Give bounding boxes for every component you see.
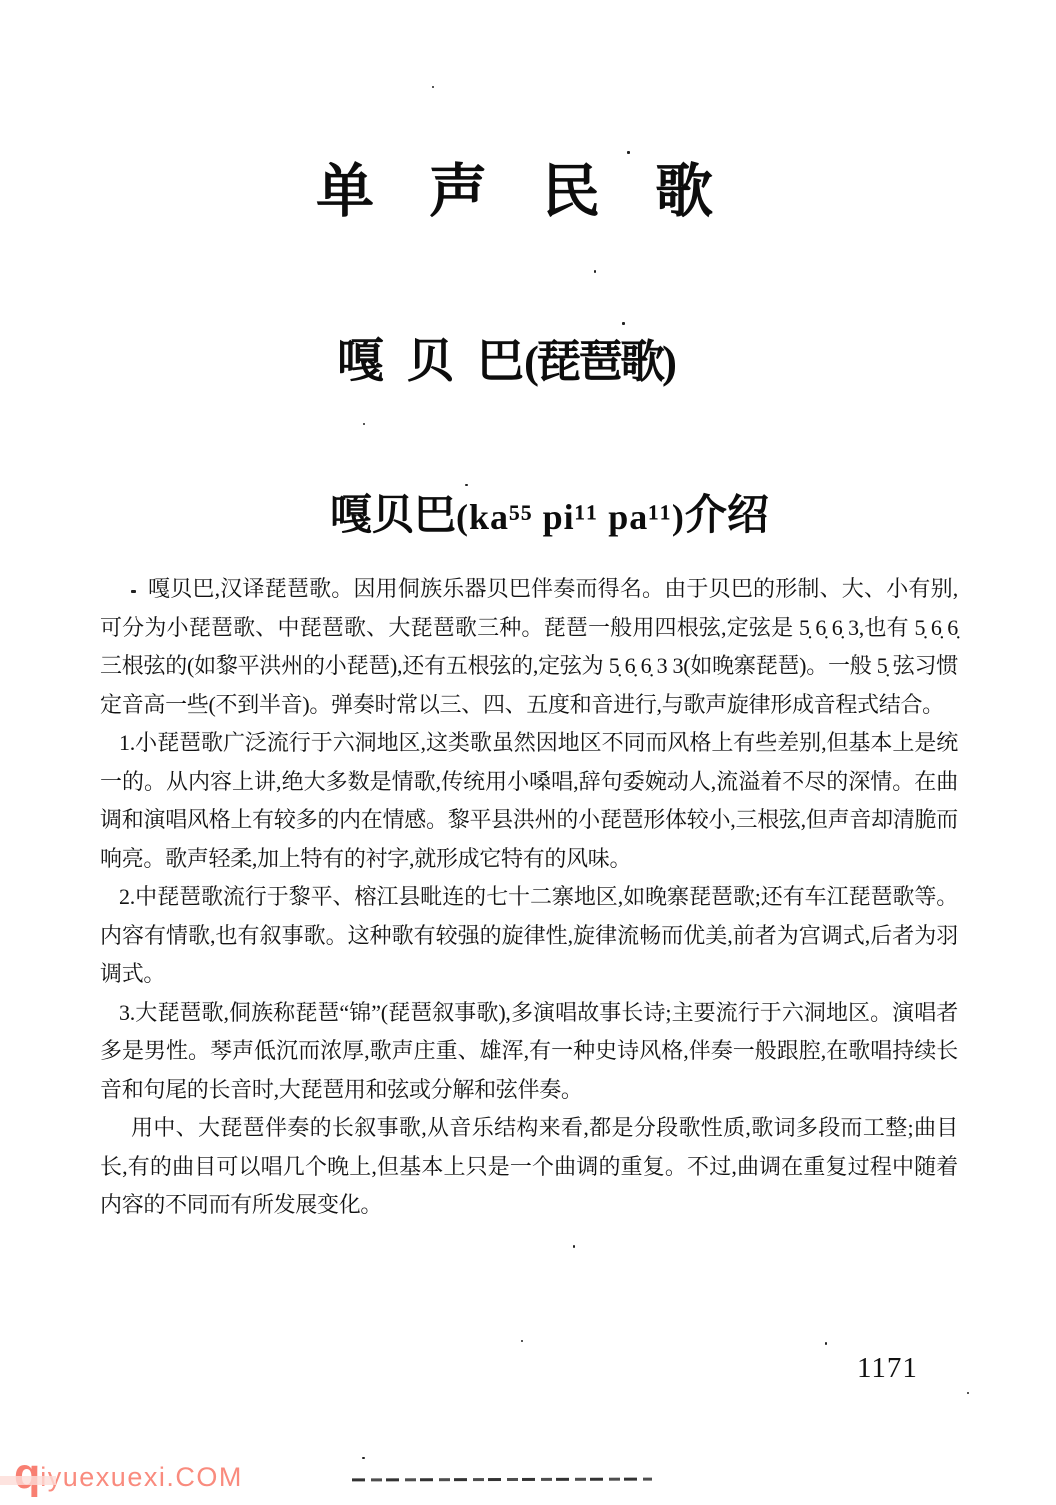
scan-speck [627, 151, 630, 154]
section-heading: 嘎贝巴(ka⁵⁵ pi¹¹ pa¹¹)介绍 [330, 492, 769, 538]
paragraph-item-1: 1.小琵琶歌广泛流行于六洞地区,这类歌虽然因地区不同而风格上有些差别,但基本上是… [100, 724, 958, 878]
scan-speck [825, 1342, 827, 1345]
paragraph-intro: 嘎贝巴,汉译琵琶歌。因用侗族乐器贝巴伴奏而得名。由于贝巴的形制、大、小有别,可分… [100, 570, 958, 724]
scan-speck [432, 86, 434, 88]
paragraph-closing: 用中、大琵琶伴奏的长叙事歌,从音乐结构来看,都是分段歌性质,歌词多段而工整;曲目… [100, 1109, 958, 1225]
watermark-text: iyuexuexi.COM [40, 1462, 243, 1492]
scan-speck [622, 322, 625, 325]
watermark: qiyuexuexi.COM [14, 1453, 243, 1496]
scan-artifact-line [352, 1478, 652, 1482]
section-heading-main: 嘎贝巴 [330, 491, 456, 538]
section-heading-phonetic: (ka⁵⁵ pi¹¹ pa¹¹) [456, 497, 685, 537]
paragraph-item-3: 3.大琵琶歌,侗族称琵琶“锦”(琵琶叙事歌),多演唱故事长诗;主要流行于六洞地区… [100, 994, 958, 1110]
scan-speck [362, 1457, 365, 1459]
scan-speck [363, 423, 365, 425]
scan-speck [573, 1245, 575, 1248]
song-title: 嘎贝巴(琵琶歌) [337, 339, 674, 386]
scan-speck [967, 1392, 969, 1394]
song-title-annotation: (琵琶歌) [524, 337, 674, 387]
paragraph-item-2: 2.中琵琶歌流行于黎平、榕江县毗连的七十二寨地区,如晚寨琵琶歌;还有车江琵琶歌等… [100, 878, 958, 994]
scan-speck [131, 590, 136, 593]
page-number: 1171 [857, 1352, 918, 1385]
song-title-main: 嘎贝巴 [337, 336, 547, 388]
page-title: 单声民歌 [316, 163, 768, 221]
section-heading-suffix: 介绍 [685, 491, 769, 538]
watermark-initial: q [14, 1450, 40, 1498]
scan-speck [594, 270, 596, 273]
article-body: 嘎贝巴,汉译琵琶歌。因用侗族乐器贝巴伴奏而得名。由于贝巴的形制、大、小有别,可分… [100, 570, 958, 1225]
scan-artifact-smudge [0, 1476, 56, 1485]
book-page: 单声民歌 嘎贝巴(琵琶歌) 嘎贝巴(ka⁵⁵ pi¹¹ pa¹¹)介绍 嘎贝巴,… [0, 0, 1056, 1505]
scan-speck [521, 1340, 523, 1342]
scan-speck [465, 484, 468, 486]
